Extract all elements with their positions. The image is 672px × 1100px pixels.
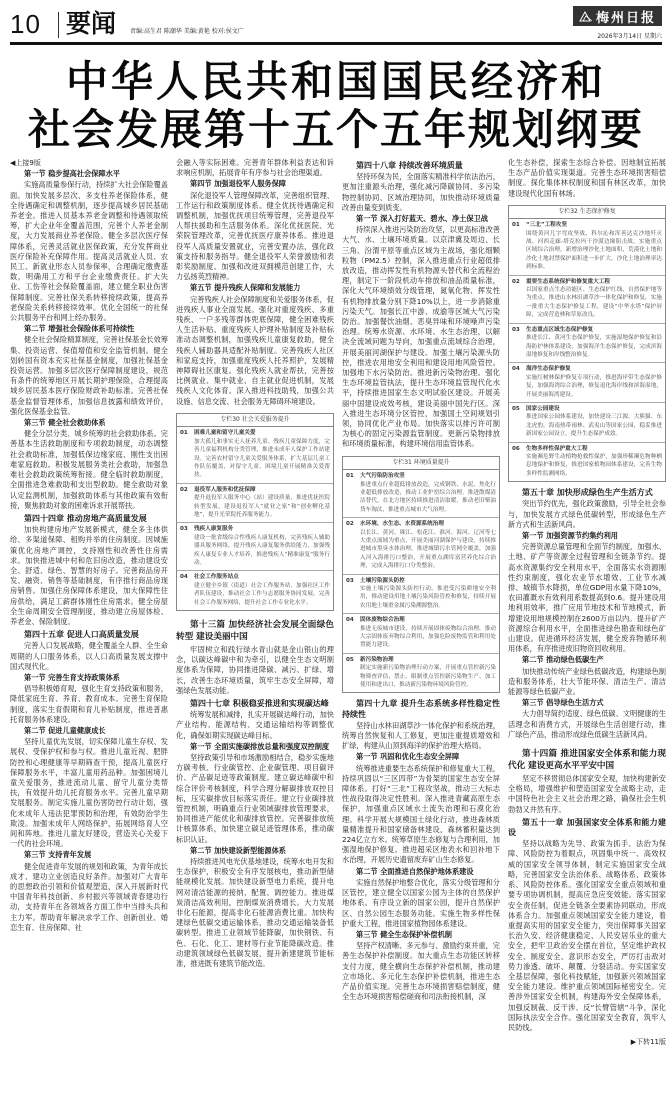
body-paragraph: 统筹推进重要生态系统保护和修复重大工程，持续巩固以“三区四带”为骨架的国家生态安… [342,764,500,866]
sidebar-box-30: 专栏30 社会关爱服务提升01困难儿童和留守儿童关爱加大孤儿和事实无人抚养儿童、… [176,413,334,611]
box-item: 05国家公园建设推进国家公园体系建设，加快建设三江源、大熊猫、东北虎豹、海南热带… [509,403,665,443]
column-3: 第四十八章 持续改善环境质量坚持环保为民，全面落实精准科学依法治污，更加注重源头… [342,158,500,1002]
box-item-body: 实施红树林保护修复专项行动，推进海岸带生态保护修复，加强海湾综合治理，修复退化海… [512,374,662,399]
section-heading: 第三节 健全生态保护补偿机制 [342,930,500,940]
box-item-number: 03 [346,577,360,585]
box-item-heading: 困难儿童和留守儿童关爱 [194,430,256,436]
column-3-body: 第四十八章 持续改善环境质量坚持环保为民，全面落实精准科学依法治污，更加注重源头… [342,161,500,450]
section-heading: 第一节 巩固和优化生态安全屏障 [342,752,500,762]
body-paragraph: 完善人口发展战略，健全覆盖全人群、全生命周期的人口服务体系，以人口高质量发展支撑… [10,641,168,672]
body-paragraph: 坚持政策引导和市场激励相结合，稳步实施地方碳考核、行业碳管控、企业碳管理、项目碳… [176,753,334,845]
box-item-body: 建设一批省级综合性残疾人康复机构，完善残疾人辅助器具服务网络，提升残疾人康复服务… [180,534,330,568]
column-3-body-2: 第四十九章 提升生态系统多样性稳定性持续性坚持山水林田湖草沙一体化保护和系统治理… [342,699,500,1002]
section-heading: 第一节 加强资源节约集约利用 [508,531,666,541]
box-item-number: 05 [512,405,526,413]
headline-line-1: 中华人民共和国国民经济和 [0,58,672,106]
box-item-body: 围绕黄河几字弯攻坚战、科尔沁和浑善达克沙地歼灭战、河西走廊-塔克拉玛干沙漠边缘阻… [512,230,662,272]
column-2-body: 会融入等实际困难。完善青年群体利益表达和诉求响应机制，拓展青年有序参与社会治理渠… [176,158,334,407]
column-1-body: 第一节 稳步提高社会保障水平实施高质量参保行动，持续扩大社会保险覆盖面。加快发展… [10,169,168,933]
part-heading: 第十四篇 推进国家安全体系和能力现代化 建设更高水平平安中国 [508,748,666,772]
box-item: 06生物多样性保护重大工程实施濒危野生动植物抢救性保护，加强珍稀濒危物种栖息地保… [509,443,665,482]
body-paragraph: 健全促进青年发展的规划和政策，为青年成长成才、建功立业创造良好条件。加强对广大青… [10,862,168,933]
body-paragraph: 加快构建房地产发展新模式，健全多主体供给、多渠道保障、租购并举的住房制度。因城施… [10,525,168,627]
column-4: 化生态补偿，探索生态综合补偿。因地制宜拓展生态产品价值实现渠道。完善生态环境损害… [508,158,666,1047]
box-item-heading: 重要生态系统保护和修复重大工程 [526,279,610,285]
section-heading: 第一节 完善生育支持政策体系 [10,673,168,683]
section-heading: 第二节 促进儿童健康成长 [10,726,168,736]
section-heading: 第二节 全面推进自然保护地体系建设 [342,867,500,877]
box-item: 03土壤污染源头防控实施土壤污染源头防控行动，推进受污染耕地安全利用，推动建设用… [343,575,499,615]
body-paragraph: 加快推动传统产业绿色低碳改造，构建绿色制造和服务体系，壮大节能环保、清洁生产、清… [508,667,666,698]
box-item: 01大气污染防治攻坚推进重点行业超低排放改造，完成钢铁、水泥、焦化行业超低排放改… [343,470,499,518]
body-paragraph: 坚持山水林田湖草沙一体化保护和系统治理，统筹自然恢复和人工修复，更加注重提质增效… [342,721,500,752]
headline-line-2: 社会发展第十五个五年规划纲要 [0,106,672,154]
continued-to-label: ▶下转11版 [508,1037,666,1047]
chapter-heading: 第四十五章 促进人口高质量发展 [10,630,168,640]
sidebar-box-32: 专栏32 生态保护修复01“三北”工程攻坚围绕黄河几字弯攻坚战、科尔沁和浑善达克… [508,205,666,482]
masthead-rule [10,42,662,45]
masthead: 10 要闻 责编:高生君 陈潮华 美编:黄艳 校对:侯文广 梅州日报 2026年… [10,6,662,44]
body-paragraph: 健全分层分类、城乡统筹的社会救助体系。完善基本生活救助制度和专项救助制度，动态调… [10,429,168,511]
section-heading: 第一节 稳步提高社会保障水平 [10,169,168,179]
body-paragraph: 深化退役军人管理保障改革，完善组织管理、工作运行和政策制度体系。健全优抚待遇确定… [176,191,334,283]
chapter-heading: 第四十七章 积极稳妥推进和实现碳达峰 [176,699,334,709]
box-item-number: 04 [346,616,360,624]
headline: 中华人民共和国国民经济和 社会发展第十五个五年规划纲要 [0,58,672,154]
box-item-heading: 退役军人服务和优抚保障 [194,487,256,493]
box-item-heading: 大气污染防治攻坚 [360,473,405,479]
box-item-heading: 社会工作服务站点 [194,574,239,580]
chapter-heading: 第四十八章 持续改善环境质量 [342,161,500,171]
body-paragraph: 坚持产权清晰、多元参与、激励约束并重，完善生态保护补偿制度。加大重点生态功能区转… [342,941,500,1002]
body-paragraph: 统筹发展和减排，扎实开展碳达峰行动，加快产业结构、能源结构、交通运输结构等调整优… [176,710,334,741]
box-item-body: 推进无废城市建设，持续开展固体废物综合治理，推动大宗固体废弃物综合利用，加强危险… [346,625,496,650]
section-heading: 第一节 深入打好蓝天、碧水、净土保卫战 [342,214,500,224]
box-item-body: 提升退役军人服务中心（站）建设质量，推进优抚医院转型发展，建设退役军人“就业之家… [180,494,330,519]
box-item: 01“三北”工程攻坚围绕黄河几字弯攻坚战、科尔沁和浑善达克沙地歼灭战、河西走廊-… [509,219,665,275]
box-item: 05新污染物治理制定实施新污染物治理行动方案，开展重点管控新污染物筛查评估，禁止… [343,654,499,693]
box-item-number: 01 [346,472,360,480]
box-item-heading: 新污染物治理 [360,657,394,663]
column-4-body-2: 第五十章 加快形成绿色生产生活方式突出节约优先，强化政策激励，引导全社会参与，加… [508,488,666,1033]
box-item-number: 06 [512,445,526,453]
box-title: 专栏31 环境质量提升 [343,457,499,470]
box-item-heading: 国家公园建设 [526,406,560,412]
body-paragraph: 牢固树立和践行绿水青山就是金山银山的理念，以碳达峰碳中和为牵引，以健全生态文明制… [176,645,334,696]
body-paragraph: 完善残疾人社会保障制度和关爱服务体系，促进残疾人事业全面发展。强化对重度残疾、多… [176,295,334,407]
box-item-body: 以国家重点生态功能区、生态保护红线、自然保护地等为重点，推进山水林田湖草沙一体化… [512,286,662,320]
box-item-number: 04 [180,573,194,581]
body-paragraph: 突出节约优先，强化政策激励，引导全社会参与，加快发展方式绿色低碳转型，形成绿色生… [508,499,666,530]
box-item-body: 实施土壤污染源头防控行动，推进受污染耕地安全利用，推动建设用地土壤污染风险管控和… [346,585,496,610]
chapter-heading: 第五十一章 加强国家安全体系和能力建设 [508,818,666,838]
section-heading: 第五节 提升残疾人保障和发展能力 [176,283,334,293]
sidebar-box-31: 专栏31 环境质量提升01大气污染防治攻坚推进重点行业超低排放改造，完成钢铁、水… [342,456,500,694]
newspaper-logo: 梅州日报 [573,6,662,26]
box-item: 01困难儿童和留守儿童关爱加大孤儿和事实无人抚养儿童、残疾儿童保障力度，完善儿童… [177,427,333,483]
box-item-number: 01 [180,429,194,437]
section-name: 要闻 [66,8,116,40]
section-heading: 第二节 推动绿色低碳生产 [508,655,666,665]
section-heading: 第一节 全面实施碳排放总量和强度双控制度 [176,742,334,752]
body-paragraph: 坚持环保为民，全面落实精准科学依法治污，更加注重源头治理，强化减污降碳协同、多污… [342,172,500,213]
box-item-body: 推进国家公园体系建设，加快建设三江源、大熊猫、东北虎豹、海南热带雨林、武夷山等国… [512,413,662,438]
newspaper-name: 梅州日报 [596,7,656,26]
issue-date: 2026年3月14日 星期六 [597,31,662,40]
editors-credit: 责编:高生君 陈潮华 美编:黄艳 校对:侯文广 [130,26,244,35]
box-item-heading: 水环境、水生态、水资源系统治理 [360,521,444,527]
box-item-body: 以长江、黄河、珠江、松花江、淮河、海河、辽河等七大重点流域为重点，开展美丽河湖保… [346,529,496,571]
box-item: 03生态重点区域生态保护修复推进长江、黄河生态保护修复，实施湿地保护修复和沿海防… [509,324,665,364]
continued-from-label: ◀上接9版 [10,158,168,168]
box-title: 专栏30 社会关爱服务提升 [177,414,333,427]
section-heading: 第四节 加强退役军人服务保障 [176,179,334,189]
box-item-body: 加大孤儿和事实无人抚养儿童、残疾儿童保障力度，完善儿童福利机构分类管理，推进未成… [180,438,330,480]
section-heading: 第三节 倡导绿色生活方式 [508,698,666,708]
box-item-number: 04 [512,365,526,373]
body-paragraph: 实施高质量参保行动，持续扩大社会保险覆盖面。加快发展多层次、多支柱养老保险体系，… [10,180,168,323]
column-2: 会融入等实际困难。完善青年群体利益表达和诉求响应机制，拓展青年有序参与社会治理渠… [176,158,334,969]
page-number: 10 [10,8,41,40]
box-item-body: 实施濒危野生动植物抢救性保护，加强珍稀濒危物种栖息地保护和修复，推进国家植物园体… [512,453,662,478]
box-title: 专栏32 生态保护修复 [509,206,665,219]
section-heading: 第二节 增强社会保险体系可持续性 [10,324,168,334]
column-4-body: 化生态补偿，探索生态综合补偿。因地制宜拓展生态产品价值实现渠道。完善生态环境损害… [508,158,666,199]
body-paragraph: 健全社会保险精算制度，完善社保基金长效筹集、投资运营、保值增值和安全监管机制。健… [10,335,168,417]
box-item-heading: 生物多样性保护重大工程 [526,446,588,452]
body-paragraph: 倡导积极婚育观，强化生育支持政策和服务，降低家庭生育、养育、教育成本。完善生育保… [10,684,168,725]
box-item: 04固体废物综合治理推进无废城市建设，持续开展固体废物综合治理，推动大宗固体废弃… [343,614,499,654]
box-item: 02重要生态系统保护和修复重大工程以国家重点生态功能区、生态保护红线、自然保护地… [509,276,665,324]
body-paragraph: 实施自然保护地整合优化，落实分级管理和分区管控，建立健全以国家公园为主体的自然保… [342,878,500,929]
box-item-body: 建立健全乡镇（街道）社会工作服务站，加强社区工作者队伍建设，推动社会工作与志愿服… [180,582,330,607]
box-item-body: 制定实施新污染物治理行动方案，开展重点管控新污染物筛查评估，禁止、限制重点管控新… [346,664,496,689]
box-item-heading: “三北”工程攻坚 [526,222,567,228]
column-2-body-2: 第十三篇 加快经济社会发展全面绿色转型 建设美丽中国牢固树立和践行绿水青山就是金… [176,619,334,969]
box-item-number: 02 [512,278,526,286]
body-paragraph: 坚定不移贯彻总体国家安全观，加快构建新安全格局，增强维护和塑造国家安全战略主动，… [508,774,666,815]
box-item-heading: 生态重点区域生态保护修复 [526,327,593,333]
box-item: 02水环境、水生态、水资源系统治理以长江、黄河、珠江、松花江、淮河、海河、辽河等… [343,518,499,574]
box-item: 04社会工作服务站点建立健全乡镇（街道）社会工作服务站，加强社区工作者队伍建设，… [177,571,333,610]
box-item: 02退役军人服务和优抚保障提升退役军人服务中心（站）建设质量，推进优抚医院转型发… [177,484,333,524]
body-paragraph: 会融入等实际困难。完善青年群体利益表达和诉求响应机制，拓展青年有序参与社会治理渠… [176,158,334,178]
chapter-heading: 第四十四章 推动房地产高质量发展 [10,514,168,524]
box-item-number: 03 [180,525,194,533]
box-item-number: 02 [180,486,194,494]
box-item-heading: 土壤污染源头防控 [360,578,405,584]
body-paragraph: 持续推进风电光伏基地建设，统筹水电开发和生态保护，积极安全有序发展核电，推动新型… [176,857,334,969]
box-item-body: 推进长江、黄河生态保护修复，实施湿地保护修复和沿海防护林体系建设，加强海洋生态保… [512,334,662,359]
body-paragraph: 坚持儿童优先发展，切实保障儿童生存权、发展权、受保护权和参与权。推进儿童近视、肥… [10,737,168,849]
chapter-heading: 第五十章 加快形成绿色生产生活方式 [508,488,666,498]
box-item-heading: 固体废物综合治理 [360,617,405,623]
box-item-heading: 海洋生态保护修复 [526,366,571,372]
box-item-number: 03 [512,326,526,334]
chapter-heading: 第四十九章 提升生态系统多样性稳定性持续性 [342,699,500,719]
masthead-divider [58,12,59,38]
column-1: ◀上接9版 第一节 稳步提高社会保障水平实施高质量参保行动，持续扩大社会保险覆盖… [10,158,168,933]
box-item: 03残疾人康复服务建设一批省级综合性残疾人康复机构，完善残疾人辅助器具服务网络，… [177,523,333,571]
box-item-number: 05 [346,656,360,664]
box-item-number: 01 [512,221,526,229]
section-heading: 第三节 健全社会救助体系 [10,418,168,428]
plum-blossom-logo-icon [579,10,593,22]
box-item-number: 02 [346,520,360,528]
body-paragraph: 坚持以战略为先导、政策为抓手、法治为保障、风险防控为着眼点，巩固集中统一、高效权… [508,839,666,1033]
section-heading: 第二节 加快建设新型能源体系 [176,846,334,856]
part-heading: 第十三篇 加快经济社会发展全面绿色转型 建设美丽中国 [176,619,334,643]
box-item: 04海洋生态保护修复实施红树林保护修复专项行动，推进海岸带生态保护修复，加强海湾… [509,363,665,403]
body-paragraph: 持续深入推进污染防治攻坚，以更高标准改善大气、水、土壤环境质量。以京津冀及周边、… [342,225,500,449]
section-heading: 第三节 支持青年发展 [10,850,168,860]
body-paragraph: 大力倡导简约适度、绿色低碳、文明健康的生活理念和消费方式，开展绿色生活创建行动，… [508,709,666,740]
body-paragraph: 完善资源总量管理和全面节约制度，加强水、土地、矿产等资源全过程管理和全链条节约。… [508,542,666,654]
body-paragraph: 化生态补偿，探索生态综合补偿。因地制宜拓展生态产品价值实现渠道。完善生态环境损害… [508,158,666,199]
box-item-heading: 残疾人康复服务 [194,526,233,532]
box-item-body: 推进重点行业超低排放改造，完成钢铁、水泥、焦化行业超低排放改造，推动工业炉窑综合… [346,481,496,515]
